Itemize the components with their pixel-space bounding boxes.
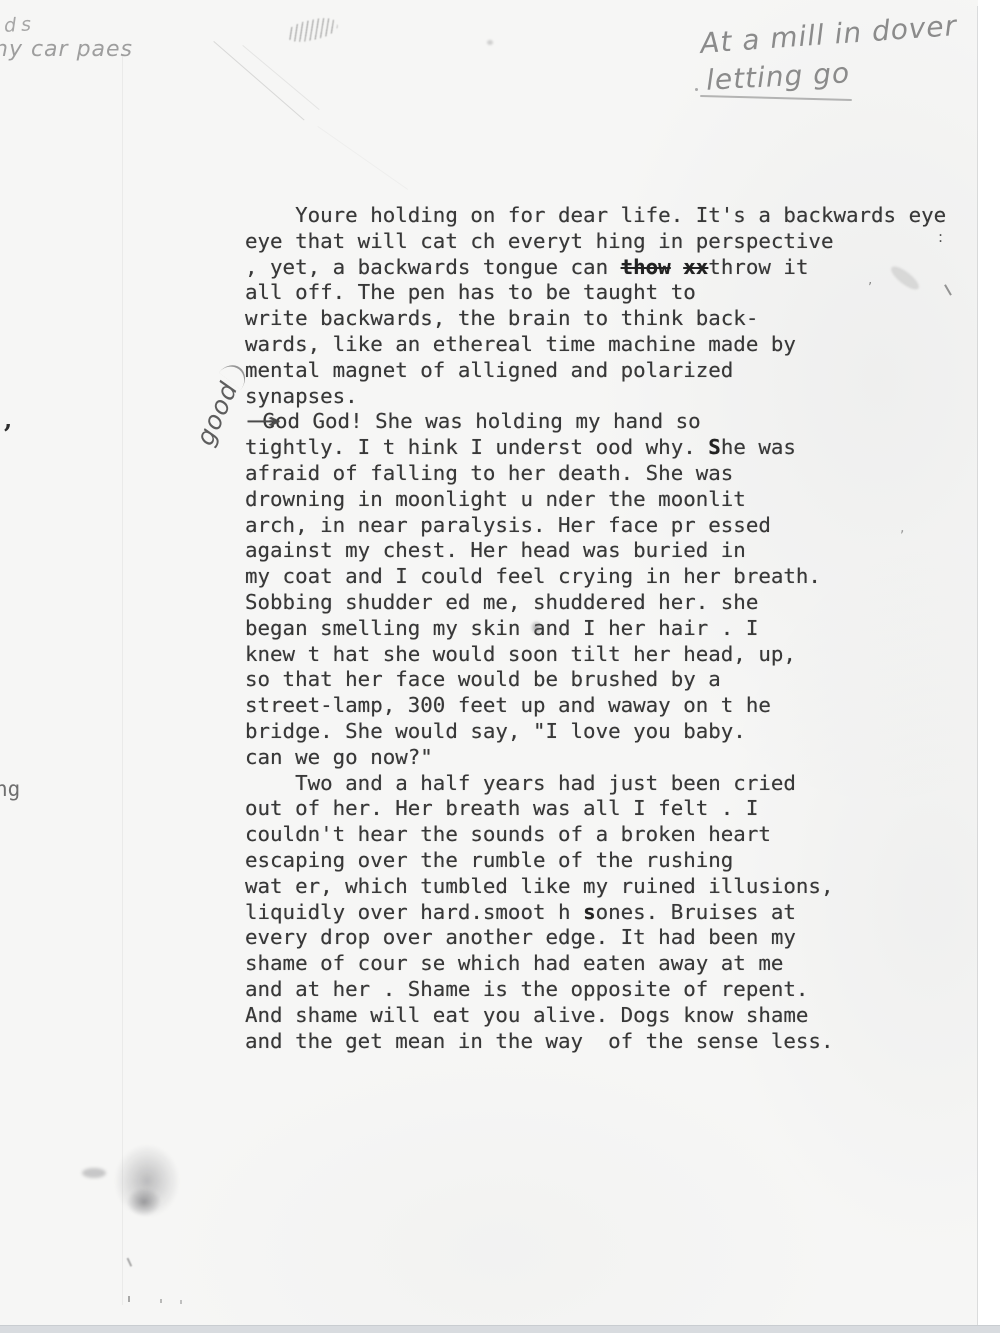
typed-line: couldn't hear the sounds of a broken hea…	[245, 822, 946, 848]
typed-segment: couldn't hear the sounds of a broken hea…	[245, 822, 771, 846]
typed-line: my coat and I could feel crying in her b…	[245, 564, 946, 590]
handwritten-fragment-top-left-2: ny car paes	[0, 37, 133, 62]
typed-segment: mental magnet of alligned and polarized	[245, 358, 733, 382]
typed-line: can we go now?"	[245, 745, 946, 771]
ink-speck	[180, 1300, 182, 1304]
typed-segment: And shame will eat you alive. Dogs know …	[245, 1003, 808, 1027]
typed-line: Youre holding on for dear life. It's a b…	[245, 203, 946, 229]
typed-line: liquidly over hard.smoot h sones. Bruise…	[245, 900, 946, 926]
typed-line: and at her . Shame is the opposite of re…	[245, 977, 946, 1003]
typed-line: synapses.	[245, 384, 946, 410]
typed-segment: escaping over the rumble of the rushing	[245, 848, 733, 872]
pencil-dot	[695, 88, 698, 91]
typed-segment: began smelling my skin and I her hair . …	[245, 616, 758, 640]
typed-segment: and at her . Shame is the opposite of re…	[245, 977, 808, 1001]
typed-text: Youre holding on for dear life. It's a b…	[245, 203, 946, 1054]
smudge-stain	[127, 1188, 161, 1216]
typed-line: →God God! She was holding my hand so	[245, 409, 946, 435]
ink-speck	[160, 1299, 162, 1303]
typed-line: against my chest. Her head was buried in	[245, 538, 946, 564]
typed-line: shame of cour se which had eaten away at…	[245, 951, 946, 977]
typed-segment-over: S	[708, 435, 721, 459]
typed-line: escaping over the rumble of the rushing	[245, 848, 946, 874]
typed-line: drowning in moonlight u nder the moonlit	[245, 487, 946, 513]
typed-segment-over: s	[583, 900, 596, 924]
typed-segment: Sobbing shudder ed me, shuddered her. sh…	[245, 590, 758, 614]
typed-segment: so that her face would be brushed by a	[245, 667, 721, 691]
left-edge-text-fragment: ng	[0, 777, 20, 801]
typed-line: write backwards, the brain to think back…	[245, 306, 946, 332]
paper-edge-line	[977, 6, 978, 1325]
typed-segment: ones. Bruises at	[596, 900, 796, 924]
typed-segment: arch, in near paralysis. Her face pr ess…	[245, 513, 771, 537]
stain	[487, 40, 493, 45]
typed-line: street-lamp, 300 feet up and waway on t …	[245, 693, 946, 719]
typed-line: so that her face would be brushed by a	[245, 667, 946, 693]
smudge-stain	[82, 1168, 106, 1178]
left-edge-mark: ’	[3, 420, 12, 450]
typed-line: bridge. She would say, "I love you baby.	[245, 719, 946, 745]
typed-segment: out of her. Her breath was all I felt . …	[245, 796, 758, 820]
ink-speck: :	[938, 228, 943, 246]
scan-bottom-band	[0, 1325, 1000, 1333]
typed-line: Sobbing shudder ed me, shuddered her. sh…	[245, 590, 946, 616]
typed-segment: Two and a half years had just been cried	[245, 771, 796, 795]
typed-line: knew t hat she would soon tilt her head,…	[245, 642, 946, 668]
typed-segment: eye that will cat ch everyt hing in pers…	[245, 229, 833, 253]
typed-segment: wards, like an ethereal time machine mad…	[245, 332, 796, 356]
typed-line: began smelling my skin and I her hair . …	[245, 616, 946, 642]
typed-segment-strike: xx	[683, 255, 708, 279]
typed-segment: can we go now?"	[245, 745, 433, 769]
typed-segment: knew t hat she would soon tilt her head,…	[245, 642, 796, 666]
typed-segment: , yet, a backwards tongue can	[245, 255, 621, 279]
scan-right-margin	[978, 0, 1000, 1333]
typed-line: tightly. I t hink I underst ood why. She…	[245, 435, 946, 461]
typed-segment: he was	[721, 435, 796, 459]
typed-line: wat er, which tumbled like my ruined ill…	[245, 874, 946, 900]
typed-line: eye that will cat ch everyt hing in pers…	[245, 229, 946, 255]
typed-line: , yet, a backwards tongue can thow xxthr…	[245, 255, 946, 281]
typed-segment: bridge. She would say, "I love you baby.	[245, 719, 746, 743]
typed-segment: shame of cour se which had eaten away at…	[245, 951, 783, 975]
handwritten-arrow: →	[245, 409, 282, 435]
typed-segment: every drop over another edge. It had bee…	[245, 925, 796, 949]
ink-speck: ’	[868, 281, 872, 296]
typed-segment: afraid of falling to her death. She was	[245, 461, 733, 485]
typed-line: out of her. Her breath was all I felt . …	[245, 796, 946, 822]
typed-segment: synapses.	[245, 384, 358, 408]
typed-line: all off. The pen has to be taught to	[245, 280, 946, 306]
typed-segment: street-lamp, 300 feet up and waway on t …	[245, 693, 771, 717]
typed-segment: write backwards, the brain to think back…	[245, 306, 758, 330]
typed-segment	[671, 255, 684, 279]
typed-segment: drowning in moonlight u nder the moonlit	[245, 487, 746, 511]
typed-segment: against my chest. Her head was buried in	[245, 538, 746, 562]
typed-line: mental magnet of alligned and polarized	[245, 358, 946, 384]
ink-speck	[128, 1296, 130, 1302]
typed-segment: God God! She was holding my hand so	[262, 409, 700, 433]
typed-segment: tightly. I t hink I underst ood why.	[245, 435, 708, 459]
typed-segment: all off. The pen has to be taught to	[245, 280, 696, 304]
typed-line: and the get mean in the way of the sense…	[245, 1029, 946, 1055]
typed-line: arch, in near paralysis. Her face pr ess…	[245, 513, 946, 539]
typed-segment: wat er, which tumbled like my ruined ill…	[245, 874, 833, 898]
typed-segment: liquidly over hard.smoot h	[245, 900, 583, 924]
ink-speck: ,	[900, 520, 904, 536]
typed-segment: throw it	[708, 255, 808, 279]
typed-line: every drop over another edge. It had bee…	[245, 925, 946, 951]
typed-line: And shame will eat you alive. Dogs know …	[245, 1003, 946, 1029]
typed-segment: my coat and I could feel crying in her b…	[245, 564, 821, 588]
ink-blot	[530, 620, 543, 635]
handwritten-fragment-top-left-1: ds	[3, 13, 36, 37]
scanned-page: { "document": { "kind": "scanned typewri…	[0, 0, 1000, 1333]
typed-line: afraid of falling to her death. She was	[245, 461, 946, 487]
typed-segment: and the get mean in the way of the sense…	[245, 1029, 833, 1053]
vertical-fold-crease	[122, 55, 123, 1305]
typed-line: wards, like an ethereal time machine mad…	[245, 332, 946, 358]
typed-segment: Youre holding on for dear life. It's a b…	[245, 203, 946, 227]
typed-line: Two and a half years had just been cried	[245, 771, 946, 797]
typed-segment-strike: thow	[621, 255, 671, 279]
